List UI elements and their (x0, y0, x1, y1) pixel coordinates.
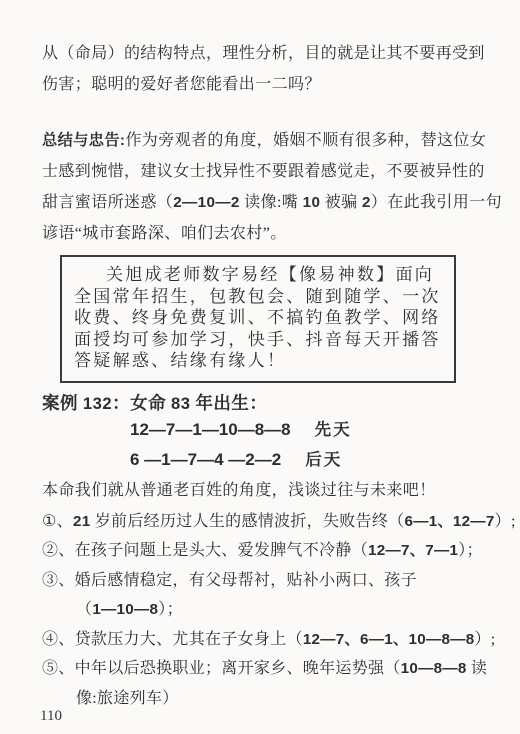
paragraph-lead: 本命我们就从普通老百姓的角度，浅谈过往与未来吧！ (42, 475, 480, 506)
row-label: 先天 (315, 420, 352, 439)
text-line: 总结与忠告:作为旁观者的角度，婚姻不顺有很多种，替这位女 (42, 125, 480, 156)
advertisement-box: 关旭成老师数字易经【像易神数】面向 全国常年招生，包教包会、随到随学、一次 收费… (60, 255, 456, 383)
list-item-4: ④、贷款压力大、尤其在子女身上（12—7、6—1、10—8—8）; (42, 625, 480, 655)
ad-text-line: 面授均可参加学习，快手、抖音每天开播答 (74, 329, 442, 351)
paragraph-intro: 从（命局）的结构特点，理性分析，目的就是让其不要再受到 伤害；聪明的爱好者您能看… (42, 38, 480, 100)
ad-text-line: 全国常年招生，包教包会、随到随学、一次 (74, 286, 442, 308)
list-item-1: ①、21 岁前后经历过人生的感情波折，失败告终（6—1、12—7）; (42, 507, 480, 537)
page-number: 110 (40, 708, 62, 725)
analysis-list: ①、21 岁前后经历过人生的感情波折，失败告终（6—1、12—7）; ②、在孩子… (42, 507, 480, 714)
text-line: 士感到惋惜，建议女士找异性不要跟着感觉走，不要被异性的 (42, 156, 480, 187)
text-line: 谚语“城市套路深、咱们去农村”。 (42, 218, 480, 249)
row-label: 后天 (305, 450, 342, 469)
number-sequence: 6 —1—7—4 —2—2 (130, 450, 281, 469)
list-item-3: ③、婚后感情稳定，有父母帮衬，贴补小两口、孩子 (42, 566, 480, 596)
ad-text-line: 答疑解惑、结缘有缘人！ (74, 350, 442, 372)
list-item-2: ②、在孩子问题上是头大、爱发脾气不冷静（12—7、7—1）； (42, 536, 480, 566)
list-item-3-continued: （1—10—8）； (42, 595, 480, 625)
paragraph-summary-advice: 总结与忠告:作为旁观者的角度，婚姻不顺有很多种，替这位女 士感到惋惜，建议女士找… (42, 125, 480, 249)
number-row-acquired: 6 —1—7—4 —2—2后天 (42, 445, 480, 475)
list-item-5: ⑤、中年以后恐换职业；离开家乡、晚年运势强（10—8—8 读 (42, 654, 480, 684)
list-item-5-continued: 像:旅途列车） (42, 684, 480, 714)
text-line: 从（命局）的结构特点，理性分析，目的就是让其不要再受到 (42, 38, 480, 69)
text-line: 伤害；聪明的爱好者您能看出一二吗？ (42, 69, 480, 100)
document-page: 从（命局）的结构特点，理性分析，目的就是让其不要再受到 伤害；聪明的爱好者您能看… (0, 0, 520, 734)
case-heading: 案例 132：女命 83 年出生： (42, 392, 480, 415)
ad-text-line: 关旭成老师数字易经【像易神数】面向 (74, 264, 442, 286)
number-sequence: 12—7—1—10—8—8 (130, 420, 291, 439)
text-line: 甜言蜜语所迷惑（2—10—2 读像:嘴 10 被骗 2）在此我引用一句 (42, 187, 480, 218)
number-row-innate: 12—7—1—10—8—8先天 (42, 415, 480, 445)
ad-text-line: 收费、终身免费复训、不搞钓鱼教学、网络 (74, 307, 442, 329)
